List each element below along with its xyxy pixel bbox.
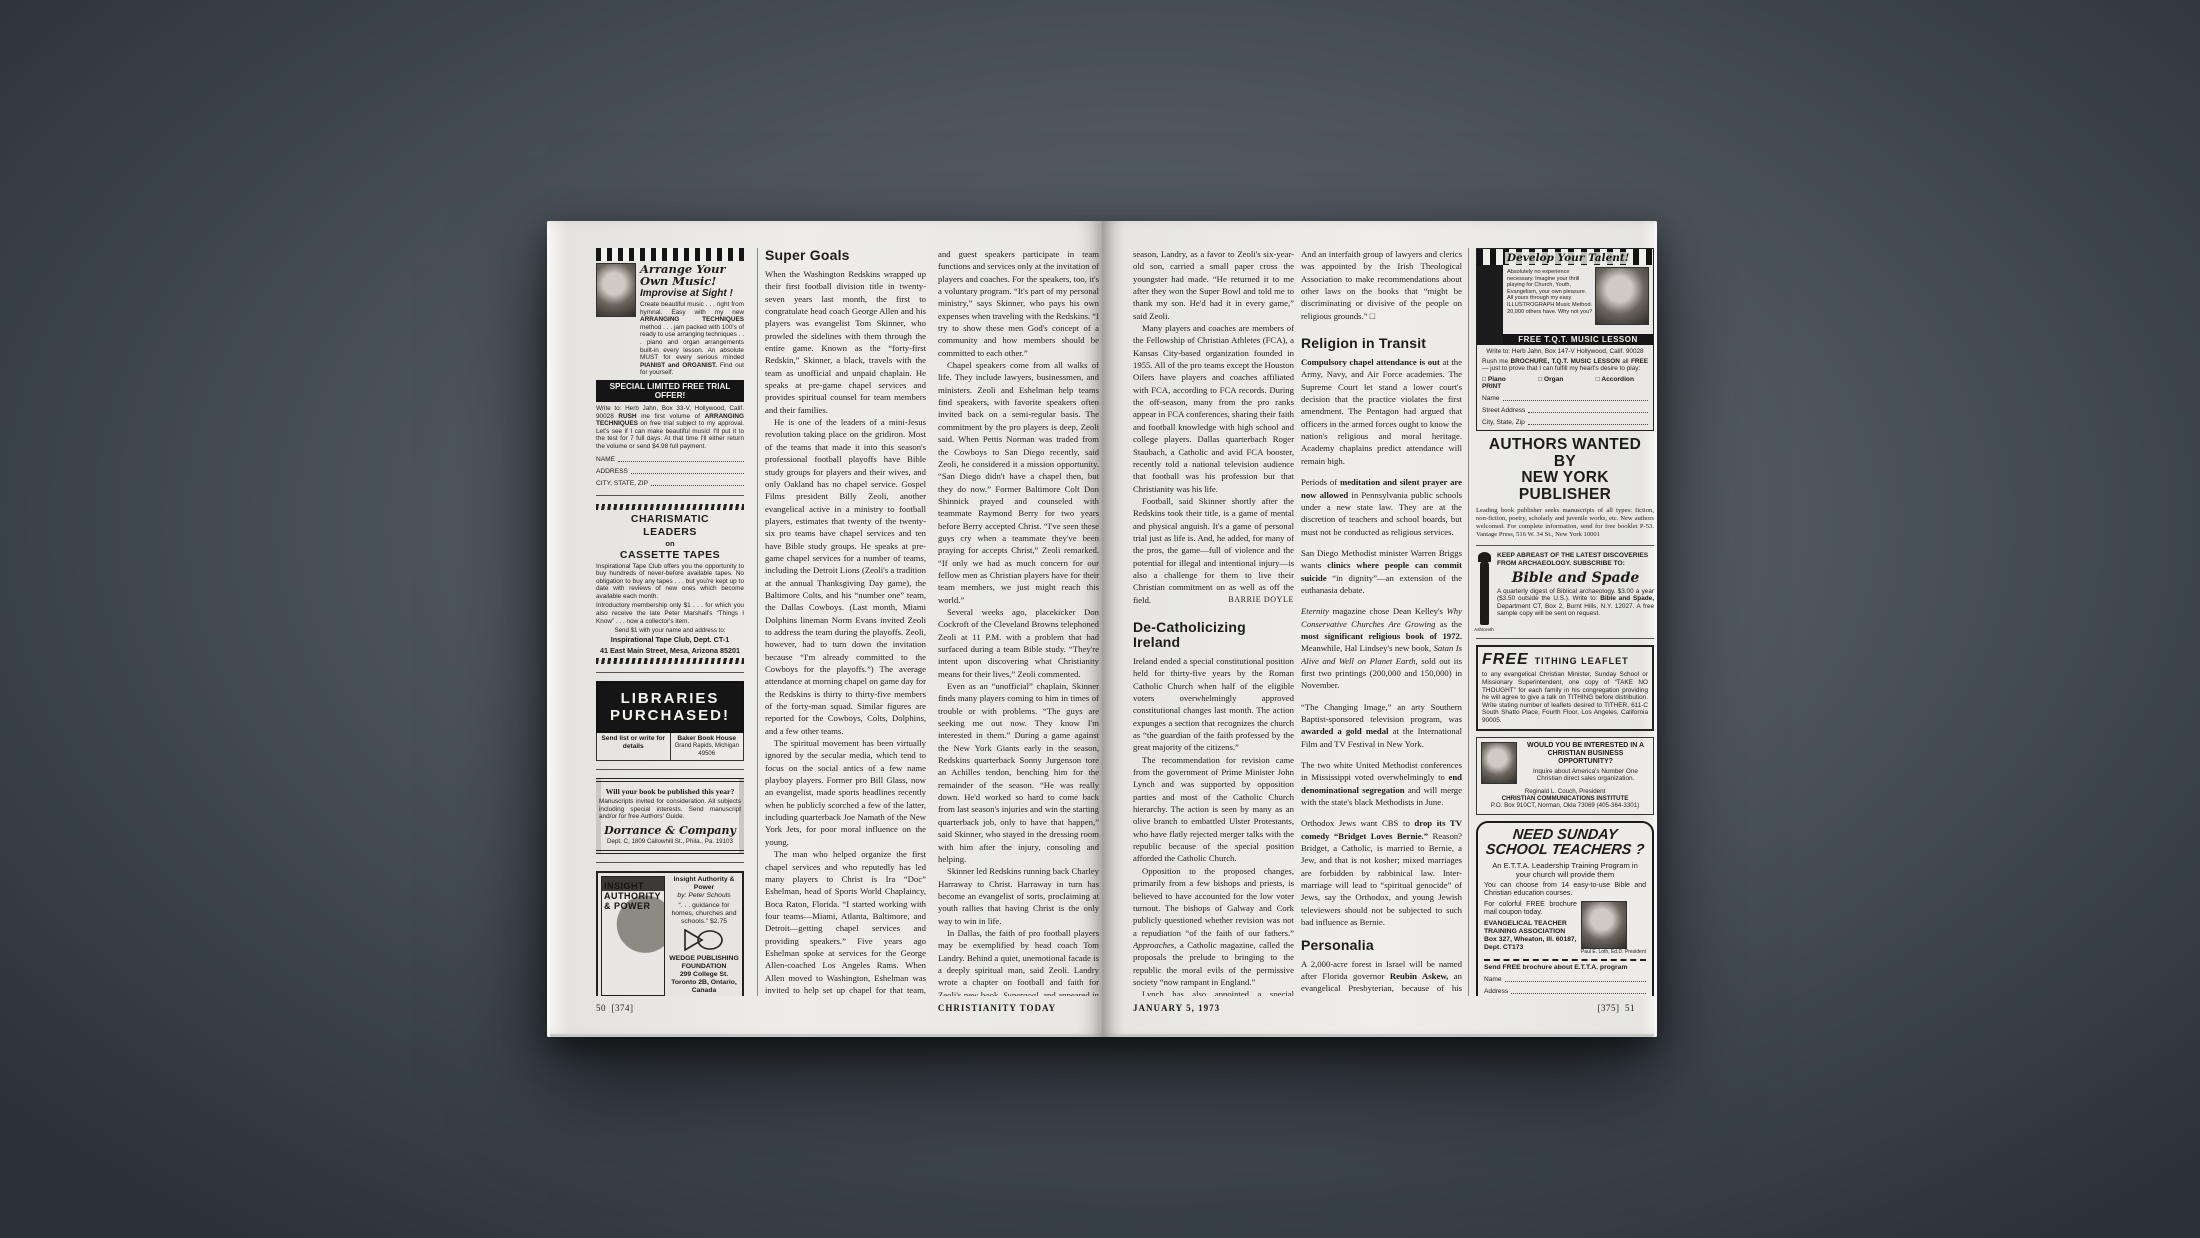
ad-cell: Send list or write for details	[597, 733, 670, 760]
statue-icon: Ashtoreth	[1476, 552, 1492, 632]
ad-body: You can choose from 14 easy-to-use Bible…	[1484, 882, 1646, 899]
right-page-number: [375] 51	[1598, 1003, 1636, 1013]
article-paragraph: Skinner led Redskins running back Charle…	[938, 865, 1099, 927]
article-paragraph: The spiritual movement has been virtuall…	[765, 737, 926, 848]
article-column-2: and guest speakers participate in team f…	[938, 248, 1099, 996]
coupon-line: CITY, STATE, ZIP	[596, 480, 744, 487]
article-paragraph: The man who helped organize the first ch…	[765, 848, 926, 996]
article-paragraph: Football, said Skinner shortly after the…	[1133, 495, 1294, 606]
article-paragraph: season, Landry, as a favor to Zeoli's si…	[1133, 248, 1294, 322]
left-ads-column: Arrange Your Own Music! Improvise at Sig…	[596, 248, 744, 996]
news-item: Eternity magazine chose Dean Kelley's Wh…	[1301, 605, 1462, 691]
news-item: San Diego Methodist minister Warren Brig…	[1301, 547, 1462, 596]
book-author: by: Peter Schouls	[669, 892, 739, 900]
ad-offer-text: Write to: Herb Jahn, Box 33-V, Hollywood…	[596, 405, 744, 451]
coupon-line: ADDRESS	[596, 468, 744, 475]
ad-title: CASSETTE TAPES	[596, 549, 744, 561]
ad-body: A quarterly digest of Biblical archaeolo…	[1497, 588, 1654, 618]
ad-write-to: Write to: Herb Jahn, Box 147-V Hollywood…	[1482, 348, 1648, 356]
ad-headline: TITHING LEAFLET	[1535, 656, 1629, 666]
news-item: Periods of meditation and silent prayer …	[1301, 476, 1462, 538]
ad-script-title: Arrange Your Own Music!	[640, 263, 744, 287]
news-item: The two white United Methodist conferenc…	[1301, 759, 1462, 808]
desk-background: { "left_page": { "ads": { "arrange": { "…	[0, 0, 2200, 1238]
charismatic-tapes-ad: CHARISMATIC LEADERS on CASSETTE TAPES In…	[596, 504, 744, 665]
coupon-line: Name	[1484, 976, 1646, 983]
ad-title: on	[596, 539, 744, 548]
article-column-3: season, Landry, as a favor to Zeoli's si…	[1133, 248, 1294, 996]
libraries-purchased-ad: LIBRARIES PURCHASED! Send list or write …	[596, 681, 744, 761]
issue-date-footer: JANUARY 5, 1973	[1133, 1003, 1220, 1013]
ad-body: Leading book publisher seeks manuscripts…	[1476, 507, 1654, 546]
checkbox-option: □ Accordion	[1596, 376, 1634, 383]
coupon-line: City, State, Zip	[1482, 419, 1648, 426]
ad-script-title: NEED SUNDAY	[1483, 828, 1647, 843]
ad-subhead: Inquire about America's Number One Chris…	[1522, 768, 1649, 782]
advertiser-org: CHRISTIAN COMMUNICATIONS INSTITUTE	[1481, 795, 1649, 802]
article-paragraph: And an interfaith group of lawyers and c…	[1301, 248, 1462, 322]
ad-subtitle: Improvise at Sight !	[640, 288, 744, 299]
ad-cell: Baker Book House Grand Rapids, Michigan …	[670, 733, 744, 760]
chain-border	[596, 504, 744, 510]
divider	[596, 862, 744, 863]
free-label: FREE	[1482, 651, 1529, 669]
advertiser-address: P.O. Box 910CT, Norman, Okla 73069 (405-…	[1481, 802, 1649, 809]
ad-title: CHARISMATIC	[596, 513, 744, 525]
bible-and-spade-ad: Ashtoreth KEEP ABREAST OF THE LATEST DIS…	[1476, 546, 1654, 639]
checkbox-option: □ Organ	[1538, 376, 1563, 383]
president-photo	[1581, 901, 1627, 949]
magazine-title-footer: CHRISTIANITY TODAY	[892, 1003, 1102, 1013]
print-label: PRINT	[1482, 383, 1648, 391]
news-item: Compulsory chapel attendance is out at t…	[1301, 356, 1462, 467]
photo-caption: Paul E. Loth, Ed.D. President	[1581, 949, 1646, 955]
publication-title: Bible and Spade	[1497, 570, 1654, 586]
advertiser-address: Dept. C, 1809 Callowhill St., Phila., Pa…	[599, 838, 741, 845]
book-quote: “. . . guidance for homes, churches and …	[669, 902, 739, 926]
ad-headline: WOULD YOU BE INTERESTED IN A CHRISTIAN B…	[1522, 742, 1649, 767]
portrait-photo	[1481, 742, 1517, 784]
article-column-1: Super Goals When the Washington Redskins…	[757, 248, 926, 996]
left-page-number: 50 [374]	[596, 1003, 634, 1013]
ad-body: Create beautiful music . . . right from …	[640, 301, 744, 377]
book-cover-title: INSIGHT AUTHORITY & POWER	[604, 881, 664, 911]
article-paragraph: In Dallas, the faith of pro football pla…	[938, 927, 1099, 996]
coupon-cut-line	[1484, 959, 1646, 961]
advertiser-name: Baker Book House	[673, 735, 742, 743]
article-paragraph: Ireland ended a special constitutional p…	[1133, 655, 1294, 754]
chain-border	[596, 658, 744, 664]
coupon-line: Address	[1484, 988, 1646, 995]
advertiser-org: EVANGELICAL TEACHER TRAINING ASSOCIATION…	[1484, 920, 1577, 951]
coupon-line: Street Address	[1482, 407, 1648, 414]
ad-body: Introductory membership only $1 . . . fo…	[596, 602, 744, 625]
ad-headline: NEW YORK PUBLISHER	[1476, 470, 1654, 503]
byline: BARRIE DOYLE	[1133, 594, 1294, 606]
section-title: Personalia	[1301, 938, 1462, 953]
publisher-name: WEDGE PUBLISHING FOUNDATION	[669, 955, 739, 971]
christian-business-ad: WOULD YOU BE INTERESTED IN A CHRISTIAN B…	[1476, 737, 1654, 815]
right-page: season, Landry, as a favor to Zeoli's si…	[1102, 221, 1657, 1037]
ad-title: LEADERS	[596, 526, 744, 538]
book-title: Insight Authority & Power	[669, 876, 739, 892]
article-paragraph: Chapel speakers come from all walks of l…	[938, 359, 1099, 606]
section-title: Religion in Transit	[1301, 336, 1462, 351]
article-paragraph: Several weeks ago, placekicker Don Cockr…	[938, 606, 1099, 680]
article-paragraph: Even as an “unofficial” chaplain, Skinne…	[938, 680, 1099, 865]
music-lesson-ad: Develop Your Talent! Absolutely no exper…	[1476, 248, 1654, 431]
article-paragraph: Many players and coaches are members of …	[1133, 322, 1294, 495]
instructor-photo	[1595, 267, 1649, 325]
ad-headline: PURCHASED!	[600, 707, 740, 724]
dorrance-ad: Will your book be published this year? M…	[596, 778, 744, 854]
article-paragraph: When the Washington Redskins wrapped up …	[765, 268, 926, 416]
news-item: Orthodox Jews want CBS to drop its TV co…	[1301, 817, 1462, 928]
advertiser-name: Reginald L. Couch, President	[1481, 788, 1649, 795]
ad-offer-text: Rush me BROCHURE, T.Q.T. MUSIC LESSON al…	[1482, 358, 1648, 373]
publisher-address: 299 College St. Toronto 2B, Ontario, Can…	[669, 971, 739, 995]
checkbox-option: □ Piano	[1482, 376, 1506, 383]
pianist-photo	[596, 263, 636, 317]
divider	[596, 672, 744, 673]
ad-body: to any evangelical Christian Minister, S…	[1482, 671, 1648, 724]
coupon-line: NAME	[596, 456, 744, 463]
ad-script-title: Develop Your Talent!	[1505, 252, 1631, 264]
divider	[596, 769, 744, 770]
coupon-lines: NAMEADDRESSCITY, STATE, ZIP	[596, 456, 744, 487]
article-column-4: And an interfaith group of lawyers and c…	[1301, 248, 1462, 996]
piano-keys-graphic	[596, 248, 744, 261]
free-lesson-banner: FREE T.Q.T. MUSIC LESSON	[1503, 334, 1653, 345]
article-paragraph: He is one of the leaders of a mini-Jesus…	[765, 416, 926, 737]
ad-subhead: An E.T.T.A. Leadership Training Program …	[1484, 861, 1646, 879]
coupon-headline: Send FREE brochure about E.T.T.A. progra…	[1484, 964, 1646, 971]
ad-headline: AUTHORS WANTED BY	[1476, 437, 1654, 470]
ad-headline: LIBRARIES	[600, 690, 740, 707]
section-title: De-Catholicizing Ireland	[1133, 620, 1294, 650]
ad-address: 41 East Main Street, Mesa, Arizona 85201	[596, 647, 744, 656]
arrange-music-ad: Arrange Your Own Music! Improvise at Sig…	[596, 248, 744, 487]
tithing-leaflet-ad: FREE TITHING LEAFLET to any evangelical …	[1476, 645, 1654, 730]
magazine-spread: Arrange Your Own Music! Improvise at Sig…	[547, 221, 1657, 1037]
left-page: Arrange Your Own Music! Improvise at Sig…	[547, 221, 1102, 1037]
ad-body: Manuscripts invited for consideration. A…	[599, 798, 741, 821]
coupon-line: Name	[1482, 395, 1648, 402]
article-paragraph: The recommendation for revision came fro…	[1133, 754, 1294, 865]
ad-subhead: KEEP ABREAST OF THE LATEST DISCOVERIES F…	[1497, 552, 1654, 567]
ad-body: For colorful FREE brochure mail coupon t…	[1484, 901, 1577, 918]
ad-send-line: Send $1 with your name and address to:	[596, 627, 744, 634]
article-paragraph: Lynch has also appointed a special commi…	[1133, 988, 1294, 996]
insight-book-ad: INSIGHT AUTHORITY & POWER Insight Author…	[596, 871, 744, 996]
article-title: Super Goals	[765, 248, 926, 263]
fish-logo-icon	[684, 929, 724, 951]
ad-address: Inspirational Tape Club, Dept. CT-1	[596, 636, 744, 645]
article-paragraph: and guest speakers participate in team f…	[938, 248, 1099, 359]
etta-sunday-school-ad: NEED SUNDAY SCHOOL TEACHERS ? An E.T.T.A…	[1476, 821, 1654, 996]
ad-headline: Will your book be published this year?	[599, 787, 741, 796]
ad-script-title: SCHOOL TEACHERS ?	[1483, 843, 1647, 858]
ad-body: Absolutely no experience necessary. Imag…	[1507, 269, 1593, 315]
free-trial-banner: SPECIAL LIMITED FREE TRIAL OFFER!	[596, 380, 744, 402]
advertiser-address: Grand Rapids, Michigan 49506	[673, 743, 742, 758]
statue-caption: Ashtoreth	[1474, 627, 1494, 632]
authors-wanted-ad: AUTHORS WANTED BY NEW YORK PUBLISHER Lea…	[1476, 437, 1654, 546]
right-ads-column: Develop Your Talent! Absolutely no exper…	[1468, 248, 1654, 996]
divider	[596, 495, 744, 496]
advertiser-name: Dorrance & Company	[599, 824, 741, 837]
news-item: “The Changing Image,” an arty Southern B…	[1301, 701, 1462, 750]
ad-body: Inspirational Tape Club offers you the o…	[596, 563, 744, 601]
book-cover-image: INSIGHT AUTHORITY & POWER	[601, 876, 665, 996]
article-paragraph: A 2,000-acre forest in Israel will be na…	[1301, 958, 1462, 997]
article-paragraph: Opposition to the proposed changes, prim…	[1133, 865, 1294, 988]
